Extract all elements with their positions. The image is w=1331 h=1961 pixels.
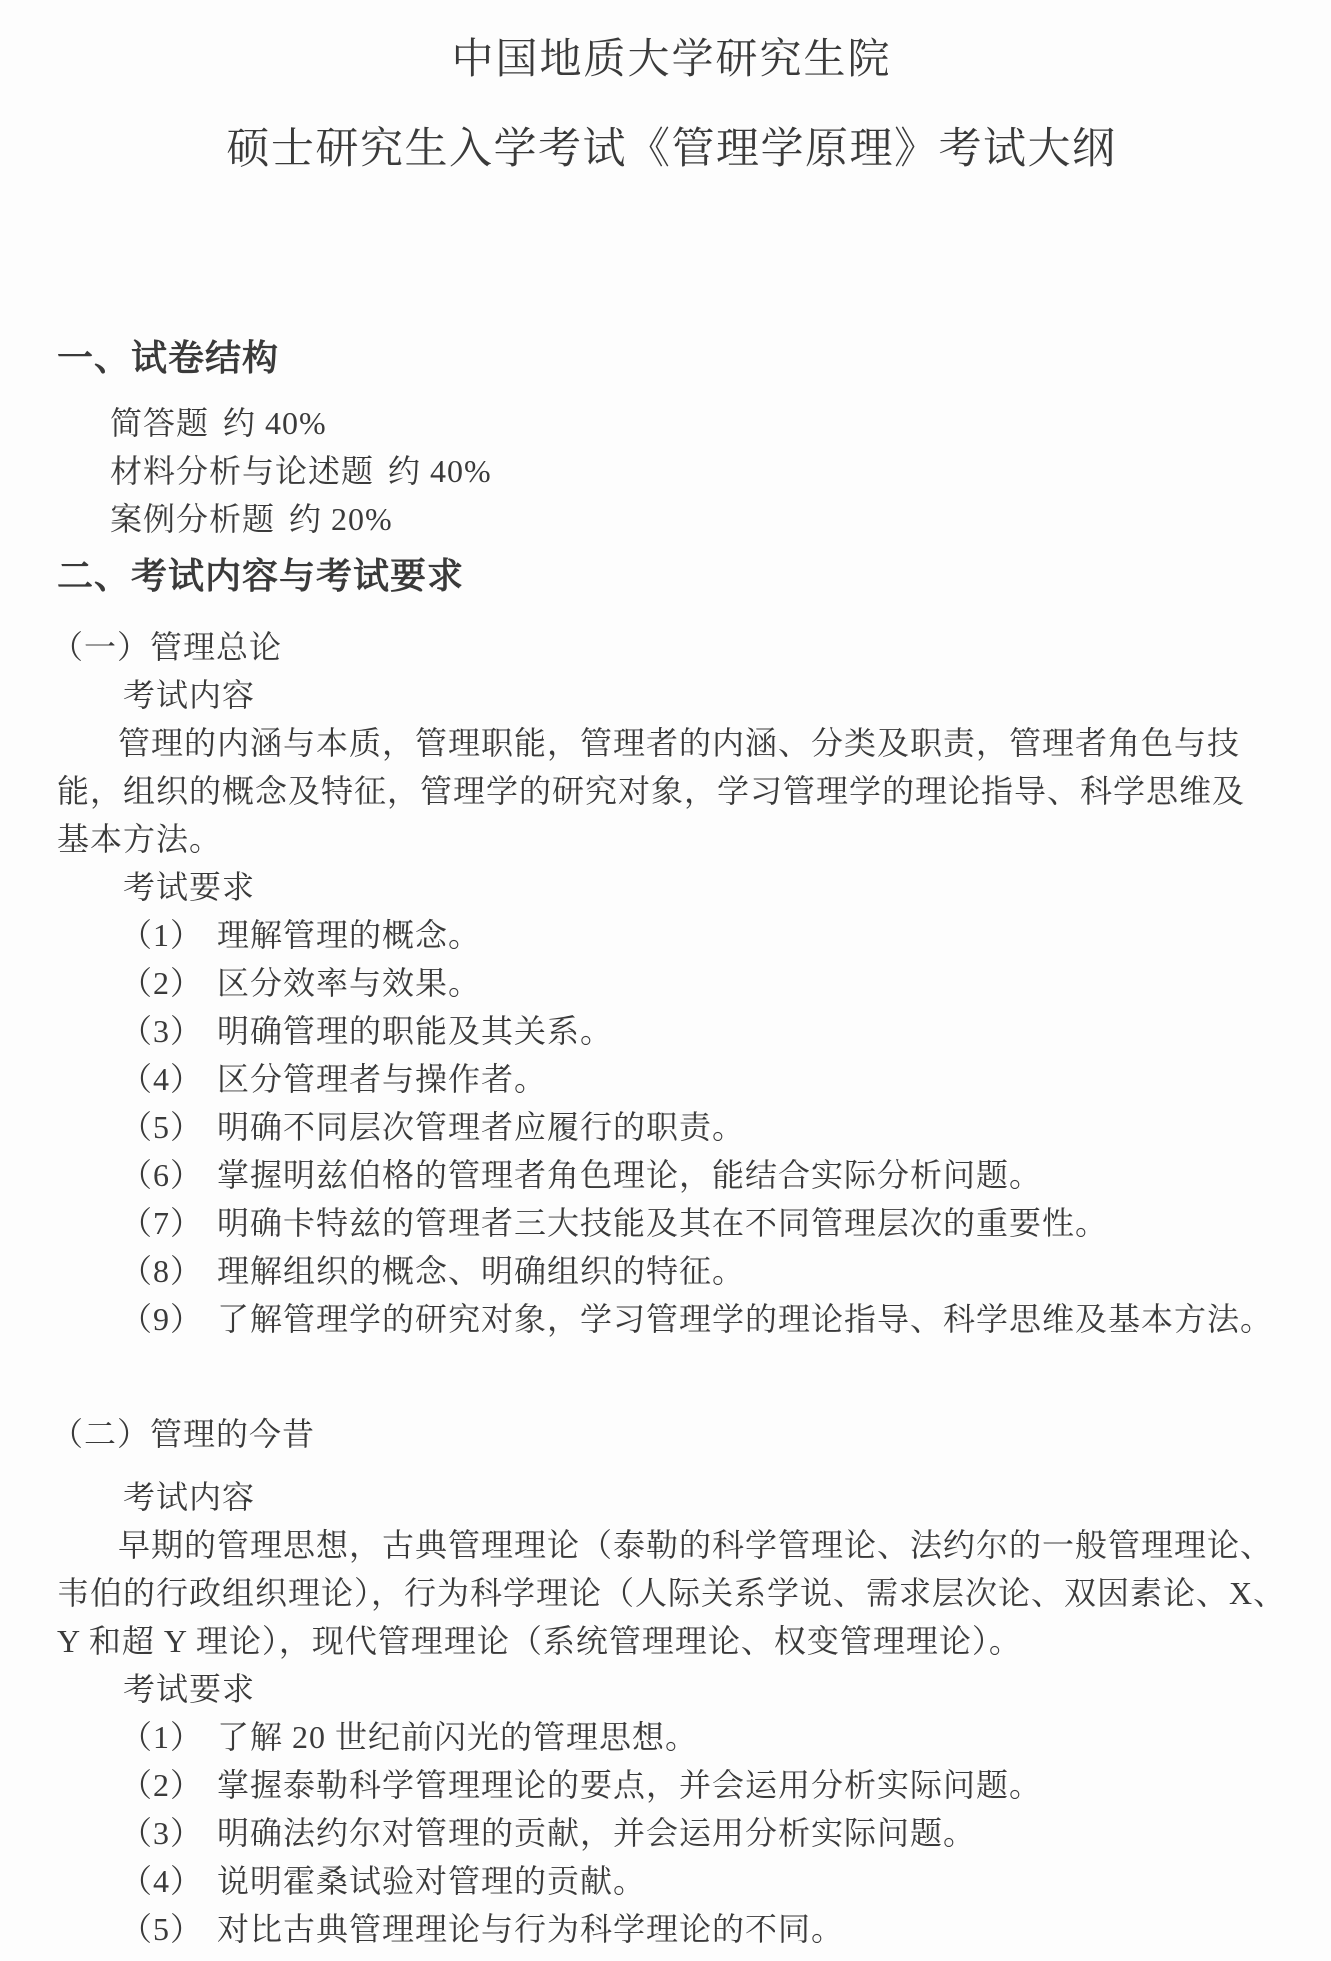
requirement-text: 明确卡特兹的管理者三大技能及其在不同管理层次的重要性。 — [217, 1205, 1108, 1241]
item-label: 材料分析与论述题 — [110, 453, 374, 489]
paragraph-line: 基本方法。 — [57, 815, 1286, 863]
document-page: 中国地质大学研究生院 硕士研究生入学考试《管理学原理》考试大纲 一、试卷结构 简… — [0, 0, 1331, 1961]
requirement-number: （7） — [120, 1205, 203, 1241]
requirement-item: （4）说明霍桑试验对管理的贡献。 — [57, 1857, 1286, 1905]
requirement-text: 掌握明兹伯格的管理者角色理论，能结合实际分析问题。 — [217, 1157, 1042, 1193]
requirement-text: 明确管理的职能及其关系。 — [217, 1013, 613, 1049]
item-value: 约 40% — [223, 405, 327, 441]
requirement-number: （6） — [120, 1157, 203, 1193]
requirements-label: 考试要求 — [57, 863, 1286, 911]
item-value: 约 40% — [388, 453, 492, 489]
requirement-text: 理解组织的概念、明确组织的特征。 — [217, 1253, 745, 1289]
requirement-text: 区分效率与效果。 — [217, 965, 481, 1001]
requirement-text: 了解管理学的研究对象，学习管理学的理论指导、科学思维及基本方法。 — [217, 1301, 1273, 1337]
paragraph-line: 韦伯的行政组织理论），行为科学理论（人际关系学说、需求层次论、双因素论、X、 — [57, 1569, 1286, 1617]
paragraph-line: 管理的内涵与本质，管理职能，管理者的内涵、分类及职责，管理者角色与技 — [57, 719, 1286, 767]
requirement-text: 对比古典管理理论与行为科学理论的不同。 — [217, 1911, 844, 1947]
requirement-text: 明确法约尔对管理的贡献，并会运用分析实际问题。 — [217, 1815, 976, 1851]
requirement-number: （4） — [120, 1061, 203, 1097]
section-heading-content: 二、考试内容与考试要求 — [57, 551, 1286, 601]
paragraph-line: 能，组织的概念及特征，管理学的研究对象，学习管理学的理论指导、科学思维及 — [57, 767, 1286, 815]
requirement-item: （2）掌握泰勒科学管理理论的要点，并会运用分析实际问题。 — [57, 1761, 1286, 1809]
requirement-item: （3）明确管理的职能及其关系。 — [57, 1007, 1286, 1055]
content-label: 考试内容 — [57, 671, 1286, 719]
requirement-text: 了解 20 世纪前闪光的管理思想。 — [217, 1719, 698, 1755]
requirement-number: （2） — [120, 1767, 203, 1803]
requirement-text: 区分管理者与操作者。 — [217, 1061, 547, 1097]
requirement-number: （3） — [120, 1815, 203, 1851]
requirement-text: 说明霍桑试验对管理的贡献。 — [217, 1863, 646, 1899]
requirement-item: （3）明确法约尔对管理的贡献，并会运用分析实际问题。 — [57, 1809, 1286, 1857]
paragraph-line: 早期的管理思想，古典管理理论（泰勒的科学管理论、法约尔的一般管理理论、 — [57, 1521, 1286, 1569]
page-title: 中国地质大学研究生院 — [57, 33, 1286, 87]
exam-structure-item: 材料分析与论述题约 40% — [57, 447, 1286, 495]
requirement-item: （7）明确卡特兹的管理者三大技能及其在不同管理层次的重要性。 — [57, 1199, 1286, 1247]
requirement-item: （1）理解管理的概念。 — [57, 911, 1286, 959]
requirement-item: （8）理解组织的概念、明确组织的特征。 — [57, 1247, 1286, 1295]
item-value: 约 20% — [289, 501, 393, 537]
requirement-text: 理解管理的概念。 — [217, 917, 481, 953]
exam-structure-item: 案例分析题约 20% — [57, 495, 1286, 543]
requirement-item: （6）掌握明兹伯格的管理者角色理论，能结合实际分析问题。 — [57, 1151, 1286, 1199]
requirement-number: （3） — [120, 1013, 203, 1049]
exam-structure-item: 简答题约 40% — [57, 399, 1286, 447]
page-subtitle: 硕士研究生入学考试《管理学原理》考试大纲 — [57, 121, 1286, 179]
requirement-number: （9） — [120, 1301, 203, 1337]
requirement-item: （4）区分管理者与操作者。 — [57, 1055, 1286, 1103]
section-heading-structure: 一、试卷结构 — [57, 333, 1286, 383]
requirement-text: 掌握泰勒科学管理理论的要点，并会运用分析实际问题。 — [217, 1767, 1042, 1803]
requirement-number: （8） — [120, 1253, 203, 1289]
requirement-number: （5） — [120, 1109, 203, 1145]
requirement-item: （9）了解管理学的研究对象，学习管理学的理论指导、科学思维及基本方法。 — [57, 1295, 1286, 1343]
exam-structure-list: 简答题约 40% 材料分析与论述题约 40% 案例分析题约 20% — [57, 399, 1286, 543]
requirement-number: （4） — [120, 1863, 203, 1899]
requirement-text: 明确不同层次管理者应履行的职责。 — [217, 1109, 745, 1145]
paragraph-line: Y 和超 Y 理论），现代管理理论（系统管理理论、权变管理理论）。 — [57, 1617, 1286, 1665]
requirement-item: （5）明确不同层次管理者应履行的职责。 — [57, 1103, 1286, 1151]
item-label: 案例分析题 — [110, 501, 275, 537]
requirement-item: （2）区分效率与效果。 — [57, 959, 1286, 1007]
requirement-number: （5） — [120, 1911, 203, 1947]
requirement-number: （2） — [120, 965, 203, 1001]
requirements-label: 考试要求 — [57, 1665, 1286, 1713]
requirement-item: （1）了解 20 世纪前闪光的管理思想。 — [57, 1713, 1286, 1761]
requirement-item: （5）对比古典管理理论与行为科学理论的不同。 — [57, 1905, 1286, 1953]
item-label: 简答题 — [110, 405, 209, 441]
requirement-number: （1） — [120, 917, 203, 953]
content-label: 考试内容 — [57, 1473, 1286, 1521]
subsection-heading-1: （一）管理总论 — [51, 623, 1286, 671]
requirement-number: （1） — [120, 1719, 203, 1755]
subsection-heading-2: （二）管理的今昔 — [51, 1410, 1286, 1458]
